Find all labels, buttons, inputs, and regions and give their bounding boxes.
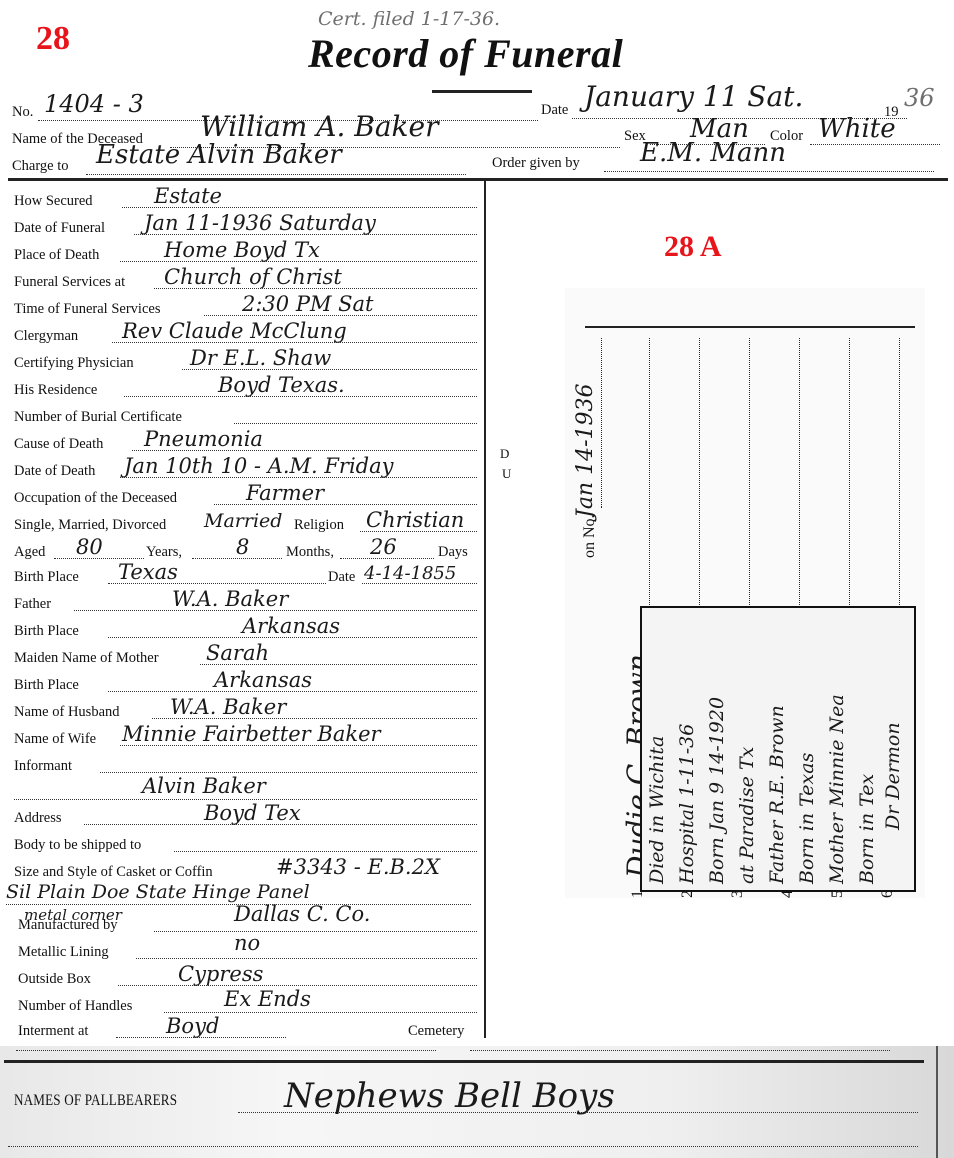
field-time-of-funeral-services: Time of Funeral Services 2:30 PM Sat <box>14 294 474 320</box>
order-given-by-label: Order given by <box>492 155 580 172</box>
pallbearers-section: NAMES OF PALLBEARERS Nephews Bell Boys <box>0 1046 954 1158</box>
field-label: Time of Funeral Services <box>14 301 160 318</box>
field-label: Address <box>14 810 62 827</box>
document-title: Record of Funeral <box>308 30 623 77</box>
field-label: Name of Husband <box>14 704 120 721</box>
field-label: Certifying Physician <box>14 355 134 372</box>
field-label: Clergyman <box>14 328 78 345</box>
date-value: January 11 Sat. <box>584 80 803 113</box>
attachment-date-value: Jan 14-1936 <box>573 383 598 518</box>
field-line <box>164 1012 477 1013</box>
religion-label: Religion <box>294 517 344 534</box>
note-line: Born in Tex <box>856 774 878 884</box>
field-value: Arkansas <box>214 668 312 692</box>
field-label: Maiden Name of Mother <box>14 650 159 667</box>
field-mother-birth-place: Birth Place Arkansas <box>14 670 474 696</box>
field-label: Date of Funeral <box>14 220 105 237</box>
header-divider <box>8 178 948 181</box>
pallbearers-top-rule <box>4 1060 924 1063</box>
field-label: Manufactured by <box>18 917 117 934</box>
marital-status-value: Married <box>204 510 282 532</box>
note-line: Died in Wichita <box>646 736 668 884</box>
field-label: Metallic Lining <box>18 944 109 961</box>
margin-letter-u: U <box>502 466 511 482</box>
field-value: Pneumonia <box>144 427 263 451</box>
field-interment: Interment at Boyd Cemetery <box>18 1016 478 1042</box>
pallbearers-partial-line <box>470 1050 890 1051</box>
field-value: Rev Claude McClung <box>122 319 347 343</box>
field-label: Place of Death <box>14 247 99 264</box>
note-line: at Paradise Tx <box>736 747 758 884</box>
field-funeral-services-at: Funeral Services at Church of Christ <box>14 267 474 293</box>
casket-value-line1: #3343 - E.B.2X <box>276 855 440 879</box>
note-line: Father R.E. Brown <box>766 705 788 884</box>
order-given-by-value: E.M. Mann <box>640 138 786 168</box>
field-value: Ex Ends <box>224 987 311 1011</box>
left-panel-border <box>484 180 486 1038</box>
field-value: W.A. Baker <box>172 587 288 611</box>
attachment-date-prefix: on No. <box>581 514 599 558</box>
field-label: Interment at <box>18 1023 88 1040</box>
field-value: Jan 10th 10 - A.M. Friday <box>124 454 394 478</box>
years-label: Years, <box>146 544 182 561</box>
field-cause-of-death: Cause of Death Pneumonia <box>14 429 474 455</box>
field-label: Occupation of the Deceased <box>14 490 177 507</box>
field-value: Estate <box>154 184 222 208</box>
aged-label: Aged <box>14 544 45 561</box>
attachment-top-rule <box>585 326 915 328</box>
field-number-of-handles: Number of Handles Ex Ends <box>18 991 478 1017</box>
field-value: 2:30 PM Sat <box>242 292 374 316</box>
field-value: Boyd Texas. <box>218 373 345 397</box>
field-label: Body to be shipped to <box>14 837 141 854</box>
field-father: Father W.A. Baker <box>14 589 474 615</box>
field-label: Size and Style of Casket or Coffin <box>14 864 213 881</box>
year-value: 36 <box>904 84 935 112</box>
field-value: Jan 11-1936 Saturday <box>144 211 376 235</box>
field-date-of-death: Date of Death Jan 10th 10 - A.M. Friday <box>14 456 474 482</box>
margin-letter-d: D <box>500 446 509 462</box>
field-value: no <box>234 931 260 955</box>
title-underline <box>432 90 532 93</box>
note-line: Born Jan 9 14-1920 <box>706 697 728 884</box>
page-label-attachment: 28 A <box>664 230 722 264</box>
casket-value-line2: Sil Plain Doe State Hinge Panel <box>6 881 310 903</box>
birth-place-label: Birth Place <box>14 569 79 586</box>
field-certifying-physician: Certifying Physician Dr E.L. Shaw <box>14 348 474 374</box>
field-mother-maiden-name: Maiden Name of Mother Sarah <box>14 643 474 669</box>
field-casket: Size and Style of Casket or Coffin #3343… <box>14 857 494 883</box>
birth-place-value: Texas <box>118 560 178 584</box>
note-rotated-content: Died in Wichita Hospital 1-11-36 Born Ja… <box>642 608 914 890</box>
field-burial-certificate: Number of Burial Certificate <box>14 402 474 428</box>
certificate-annotation: Cert. filed 1-17-36. <box>318 8 500 30</box>
field-label: How Secured <box>14 193 93 210</box>
informant-value: Alvin Baker <box>142 774 266 798</box>
field-line <box>14 799 477 800</box>
field-value: Minnie Fairbetter Baker <box>122 722 381 746</box>
field-label: His Residence <box>14 382 97 399</box>
charge-to-value: Estate Alvin Baker <box>96 140 342 170</box>
field-label: Single, Married, Divorced <box>14 517 166 534</box>
record-number-value: 1404 - 3 <box>44 90 144 118</box>
field-shipped-to: Body to be shipped to <box>14 830 474 856</box>
field-line <box>118 985 477 986</box>
pallbearers-value: Nephews Bell Boys <box>284 1076 615 1116</box>
field-date-of-funeral: Date of Funeral Jan 11-1936 Saturday <box>14 213 474 239</box>
field-how-secured: How Secured Estate <box>14 186 474 212</box>
field-father-birth-place: Birth Place Arkansas <box>14 616 474 642</box>
field-line <box>174 851 477 852</box>
field-value: Dallas C. Co. <box>234 902 370 926</box>
field-value: Sarah <box>206 641 269 665</box>
field-label: Name of Wife <box>14 731 96 748</box>
attachment-note-box: Died in Wichita Hospital 1-11-36 Born Ja… <box>640 606 916 892</box>
charge-to-label: Charge to <box>12 158 69 175</box>
page-binding-edge <box>936 1046 938 1158</box>
cemetery-label: Cemetery <box>408 1023 464 1040</box>
birth-date-label: Date <box>328 569 355 586</box>
pallbearers-label: NAMES OF PALLBEARERS <box>14 1092 177 1110</box>
field-place-of-death: Place of Death Home Boyd Tx <box>14 240 474 266</box>
field-marital-religion: Single, Married, Divorced Married Religi… <box>14 510 484 536</box>
field-value: Arkansas <box>242 614 340 638</box>
color-line <box>810 144 940 145</box>
field-birth-place: Birth Place Texas Date 4-14-1855 <box>14 562 484 588</box>
field-informant-value: Alvin Baker <box>14 776 474 802</box>
religion-value: Christian <box>366 508 464 532</box>
field-label: Outside Box <box>18 971 91 988</box>
aged-months-value: 8 <box>236 535 249 559</box>
note-line: Dr Dermon <box>882 722 904 830</box>
birth-date-value: 4-14-1855 <box>364 563 456 584</box>
order-given-by-line <box>604 171 934 172</box>
field-clergyman: Clergyman Rev Claude McClung <box>14 321 474 347</box>
field-value: W.A. Baker <box>170 695 286 719</box>
field-value: Boyd Tex <box>204 801 301 825</box>
note-line: Mother Minnie Nea <box>826 694 848 884</box>
field-value: Farmer <box>246 481 324 505</box>
note-line: Hospital 1-11-36 <box>676 724 698 884</box>
attachment-date-line <box>601 338 602 508</box>
aged-days-value: 26 <box>370 535 397 559</box>
days-label: Days <box>438 544 468 561</box>
months-label: Months, <box>286 544 334 561</box>
field-label: Father <box>14 596 51 613</box>
field-occupation: Occupation of the Deceased Farmer <box>14 483 474 509</box>
field-label: Cause of Death <box>14 436 103 453</box>
field-address: Address Boyd Tex <box>14 803 474 829</box>
date-label: Date <box>541 102 568 119</box>
field-value: Boyd <box>166 1014 219 1038</box>
field-value: Church of Christ <box>164 265 342 289</box>
pallbearers-line-2 <box>8 1146 918 1147</box>
note-line: Born in Texas <box>796 753 818 884</box>
field-line <box>136 958 477 959</box>
pallbearers-partial-line <box>16 1050 436 1051</box>
field-aged: Aged 80 Years, 8 Months, 26 Days <box>14 537 484 563</box>
field-label: Birth Place <box>14 677 79 694</box>
field-line <box>154 931 477 932</box>
field-label: Number of Burial Certificate <box>14 409 182 426</box>
page-label-main: 28 <box>36 20 70 58</box>
field-value: Home Boyd Tx <box>164 238 320 262</box>
field-line <box>100 772 477 773</box>
field-his-residence: His Residence Boyd Texas. <box>14 375 474 401</box>
field-value: Dr E.L. Shaw <box>190 346 331 370</box>
field-metallic-lining: Metallic Lining no <box>18 937 478 963</box>
deceased-value: William A. Baker <box>200 110 438 143</box>
field-label: Number of Handles <box>18 998 132 1015</box>
record-number-label: No. <box>12 104 33 121</box>
field-label: Funeral Services at <box>14 274 125 291</box>
field-label: Date of Death <box>14 463 95 480</box>
aged-years-value: 80 <box>76 535 103 559</box>
field-line <box>234 423 477 424</box>
field-value: Cypress <box>178 962 263 986</box>
field-wife-name: Name of Wife Minnie Fairbetter Baker <box>14 724 484 750</box>
field-label: Birth Place <box>14 623 79 640</box>
charge-to-line <box>86 174 466 175</box>
field-husband-name: Name of Husband W.A. Baker <box>14 697 474 723</box>
field-label: Informant <box>14 758 72 775</box>
color-value: White <box>818 114 896 144</box>
